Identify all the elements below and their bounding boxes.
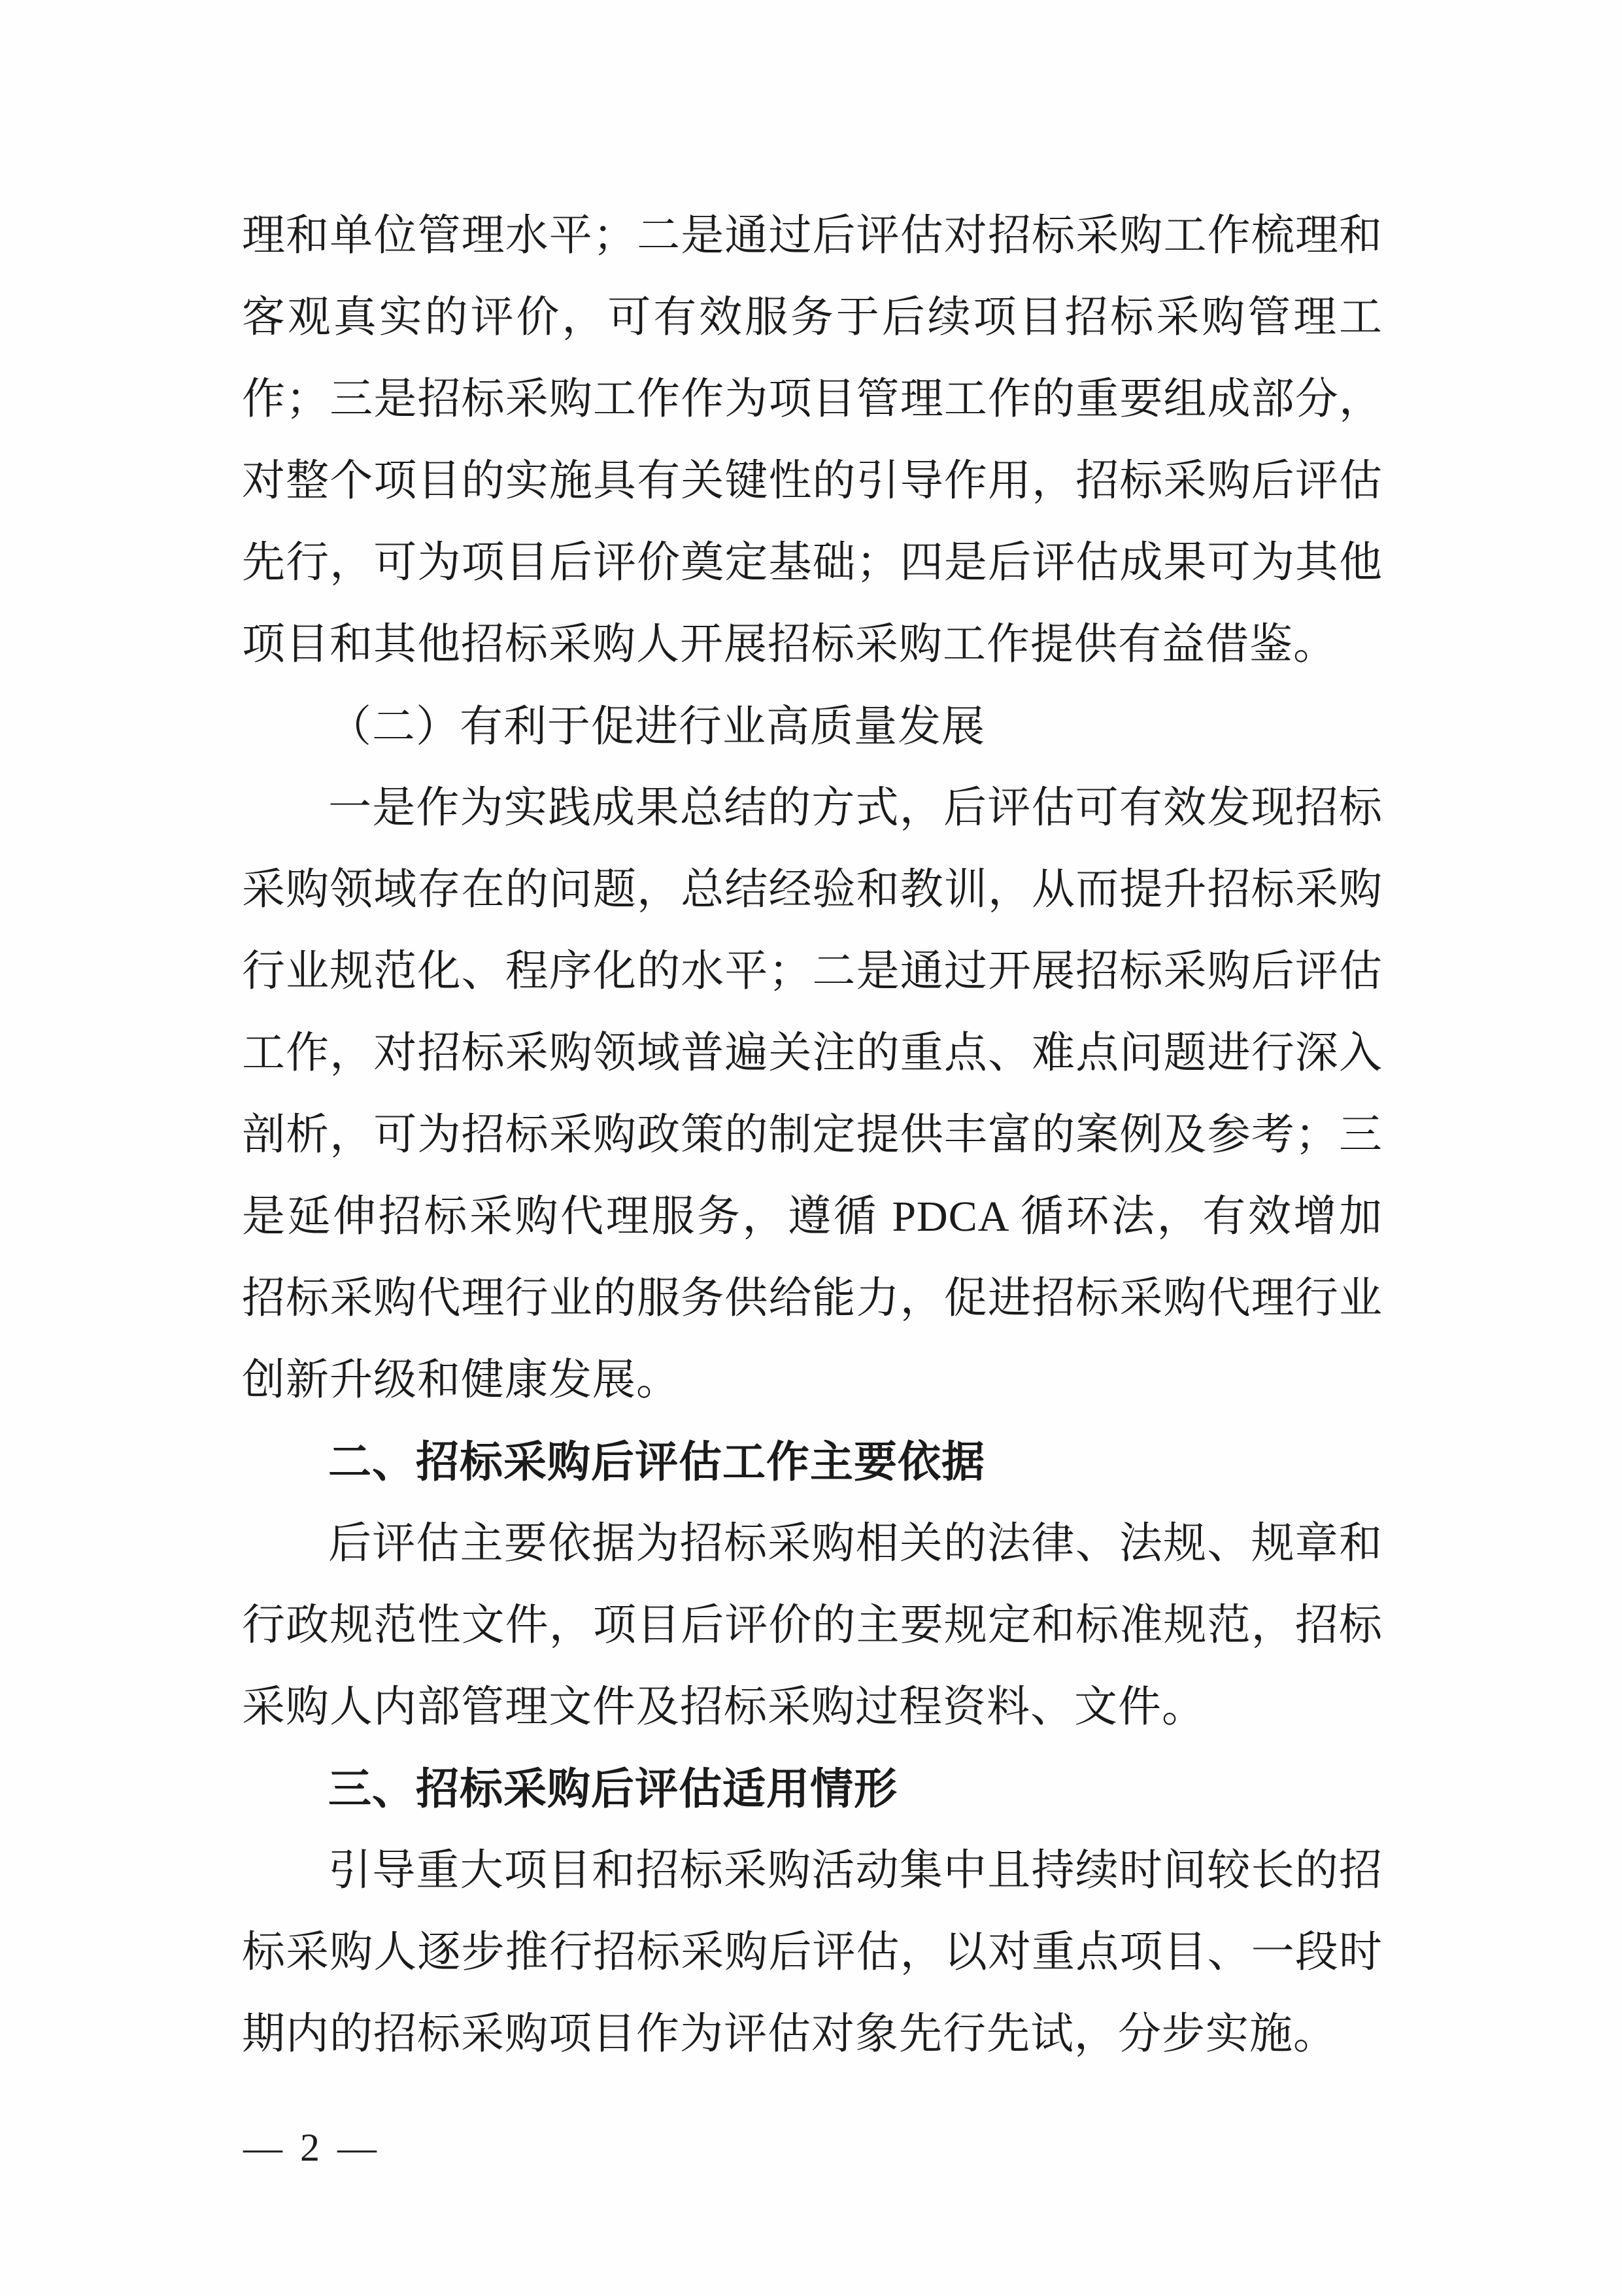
- section-heading-2: 二、招标采购后评估工作主要依据: [242, 1421, 1383, 1503]
- paragraph: 一是作为实践成果总结的方式，后评估可有效发现招标采购领域存在的问题，总结经验和教…: [242, 767, 1383, 1421]
- page-number: — 2 —: [243, 2124, 380, 2171]
- paragraph-continuation: 理和单位管理水平；二是通过后评估对招标采购工作梳理和客观真实的评价，可有效服务于…: [242, 195, 1383, 685]
- subsection-heading-2: （二）有利于促进行业高质量发展: [242, 685, 1383, 767]
- paragraph: 后评估主要依据为招标采购相关的法律、法规、规章和行政规范性文件，项目后评价的主要…: [242, 1503, 1383, 1748]
- section-heading-3: 三、招标采购后评估适用情形: [242, 1748, 1383, 1830]
- document-page: 理和单位管理水平；二是通过后评估对招标采购工作梳理和客观真实的评价，可有效服务于…: [0, 0, 1622, 2296]
- paragraph: 引导重大项目和招标采购活动集中且持续时间较长的招标采购人逐步推行招标采购后评估，…: [242, 1830, 1383, 2075]
- document-body: 理和单位管理水平；二是通过后评估对招标采购工作梳理和客观真实的评价，可有效服务于…: [242, 195, 1383, 2075]
